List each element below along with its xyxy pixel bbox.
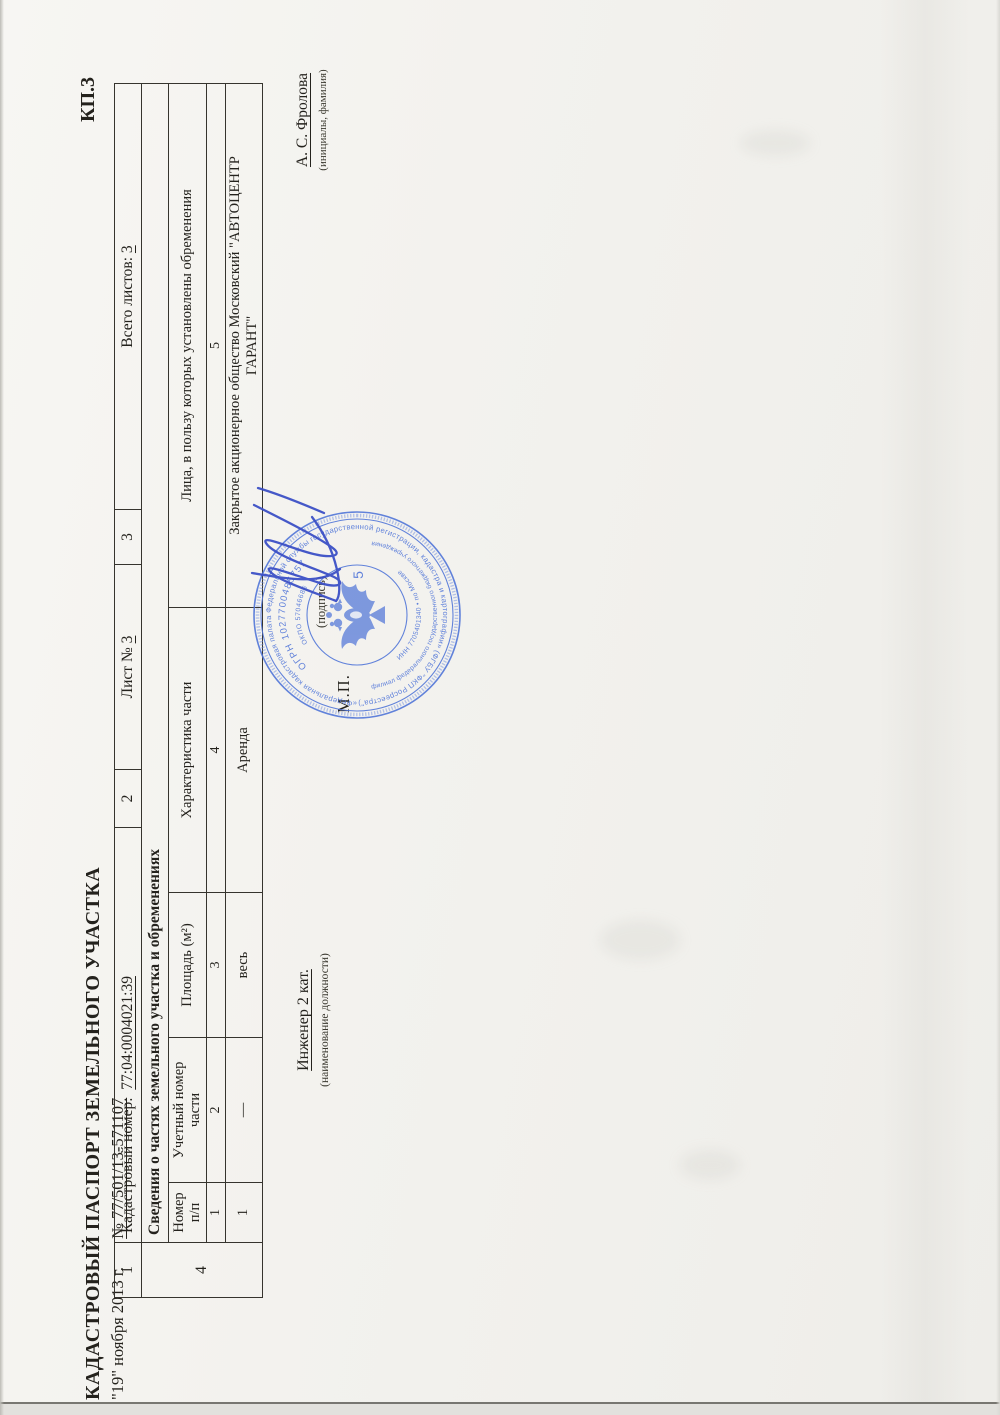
name-caption: (инициалы, фамилия) [317, 53, 329, 187]
data-cell-area: весь [225, 893, 262, 1038]
parts-table: 4 Сведения о частях земельного участка и… [141, 83, 264, 1298]
cell-col3-number: 3 [115, 510, 142, 565]
stamp-bottom-inner: ИНН 7705401340 • по Москве [396, 568, 423, 662]
data-cell-num: 1 [225, 1183, 262, 1243]
scanner-edge-right [996, 0, 1000, 1415]
scan-smudge [600, 920, 680, 960]
scan-smudge [740, 130, 810, 156]
cell-col2-number: 2 [115, 770, 142, 828]
position-value: Инженер 2 кат. [295, 945, 313, 1095]
col-header-num: Номер п/п [168, 1183, 206, 1243]
col-number: 2 [206, 1038, 225, 1183]
sheet-label: Лист № [119, 643, 136, 698]
col-header-area: Площадь (м²) [168, 893, 206, 1038]
total-sheets-cell: Всего листов: 3 [115, 84, 142, 510]
col-number: 1 [206, 1183, 225, 1243]
col-header-persons: Лица, в пользу которых установлены обрем… [168, 83, 206, 607]
section-row-index: 4 [141, 1243, 263, 1298]
scanned-page: КАДАСТРОВЫЙ ПАСПОРТ ЗЕМЕЛЬНОГО УЧАСТКА "… [0, 0, 1000, 1415]
cadastral-number-cell: Кадастровый номер: 77:04:0004021:39 [115, 828, 142, 1243]
data-cell-part-number: — [225, 1038, 262, 1183]
cadastral-label: Кадастровый номер: [119, 1097, 136, 1233]
name-value: А. С. Фролова [294, 65, 312, 175]
scan-streak [880, 0, 970, 1415]
sheet-cell: Лист № 3 [115, 565, 142, 770]
cell-col1-number: 1 [115, 1243, 142, 1298]
header-table: 1 Кадастровый номер: 77:04:0004021:39 2 … [114, 83, 142, 1298]
total-sheets-value: 3 [119, 245, 136, 253]
cadastral-table: 1 Кадастровый номер: 77:04:0004021:39 2 … [114, 84, 263, 1298]
position-text: Инженер 2 кат. [295, 969, 312, 1071]
sheet-value: 3 [119, 636, 136, 644]
col-header-part-number: Учетный номер части [168, 1038, 206, 1183]
scanner-edge-left [0, 0, 4, 1415]
document: КАДАСТРОВЫЙ ПАСПОРТ ЗЕМЕЛЬНОГО УЧАСТКА "… [0, 0, 1000, 1415]
scanner-edge-fill [0, 1404, 1000, 1415]
position-caption: (наименование должности) [319, 925, 331, 1115]
stamp-number: 5 [350, 571, 366, 579]
total-sheets-label: Всего листов: [119, 253, 136, 348]
cadastral-value: 77:04:0004021:39 [119, 976, 136, 1090]
col-number: 5 [206, 83, 225, 607]
col-header-characteristic: Характеристика части [168, 608, 206, 893]
form-code: КП.3 [77, 77, 100, 122]
scan-smudge [680, 1150, 740, 1180]
section-title: Сведения о частях земельного участка и о… [141, 83, 168, 1242]
name-text: А. С. Фролова [294, 73, 311, 167]
page-title: КАДАСТРОВЫЙ ПАСПОРТ ЗЕМЕЛЬНОГО УЧАСТКА [82, 867, 105, 1400]
svg-text:ИНН 7705401340 • по Москве: ИНН 7705401340 • по Москве [396, 568, 423, 662]
col-number: 3 [206, 893, 225, 1038]
col-number: 4 [206, 608, 225, 893]
handwritten-signature [248, 455, 348, 635]
